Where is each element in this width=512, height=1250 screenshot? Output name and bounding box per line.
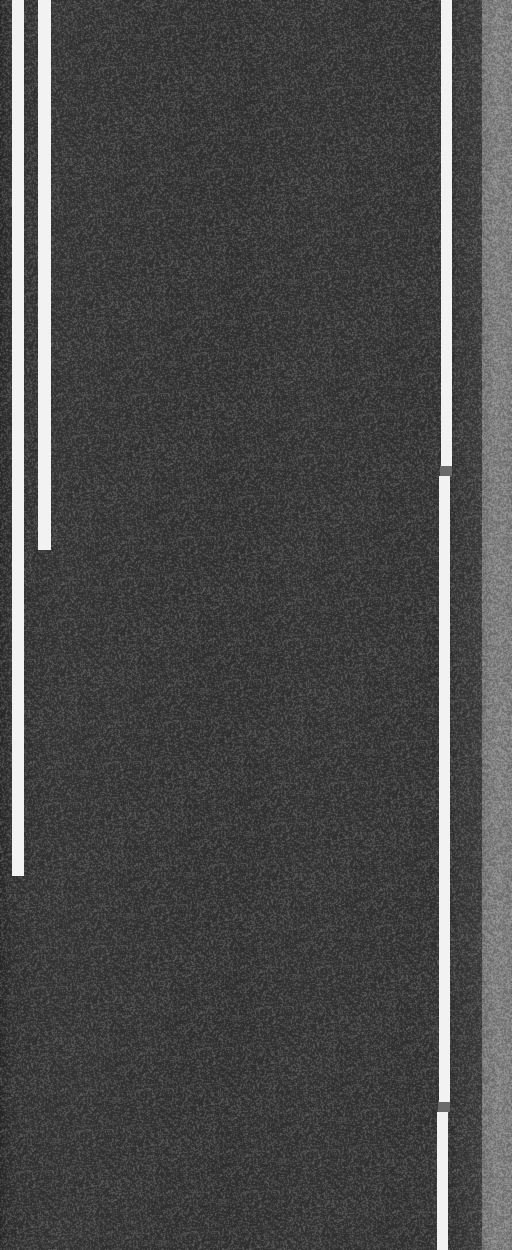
line-break-patch: [440, 466, 452, 476]
left-outer-lane-line: [12, 0, 24, 876]
right-edge-line-segment: [437, 1112, 448, 1250]
right-edge-line-segment: [441, 0, 452, 466]
aerial-road-image: [0, 0, 512, 1250]
right-edge-line-segment: [439, 476, 450, 1102]
asphalt-texture: [0, 0, 512, 1250]
left-inner-lane-line: [38, 0, 51, 550]
line-break-patch: [438, 1102, 450, 1112]
